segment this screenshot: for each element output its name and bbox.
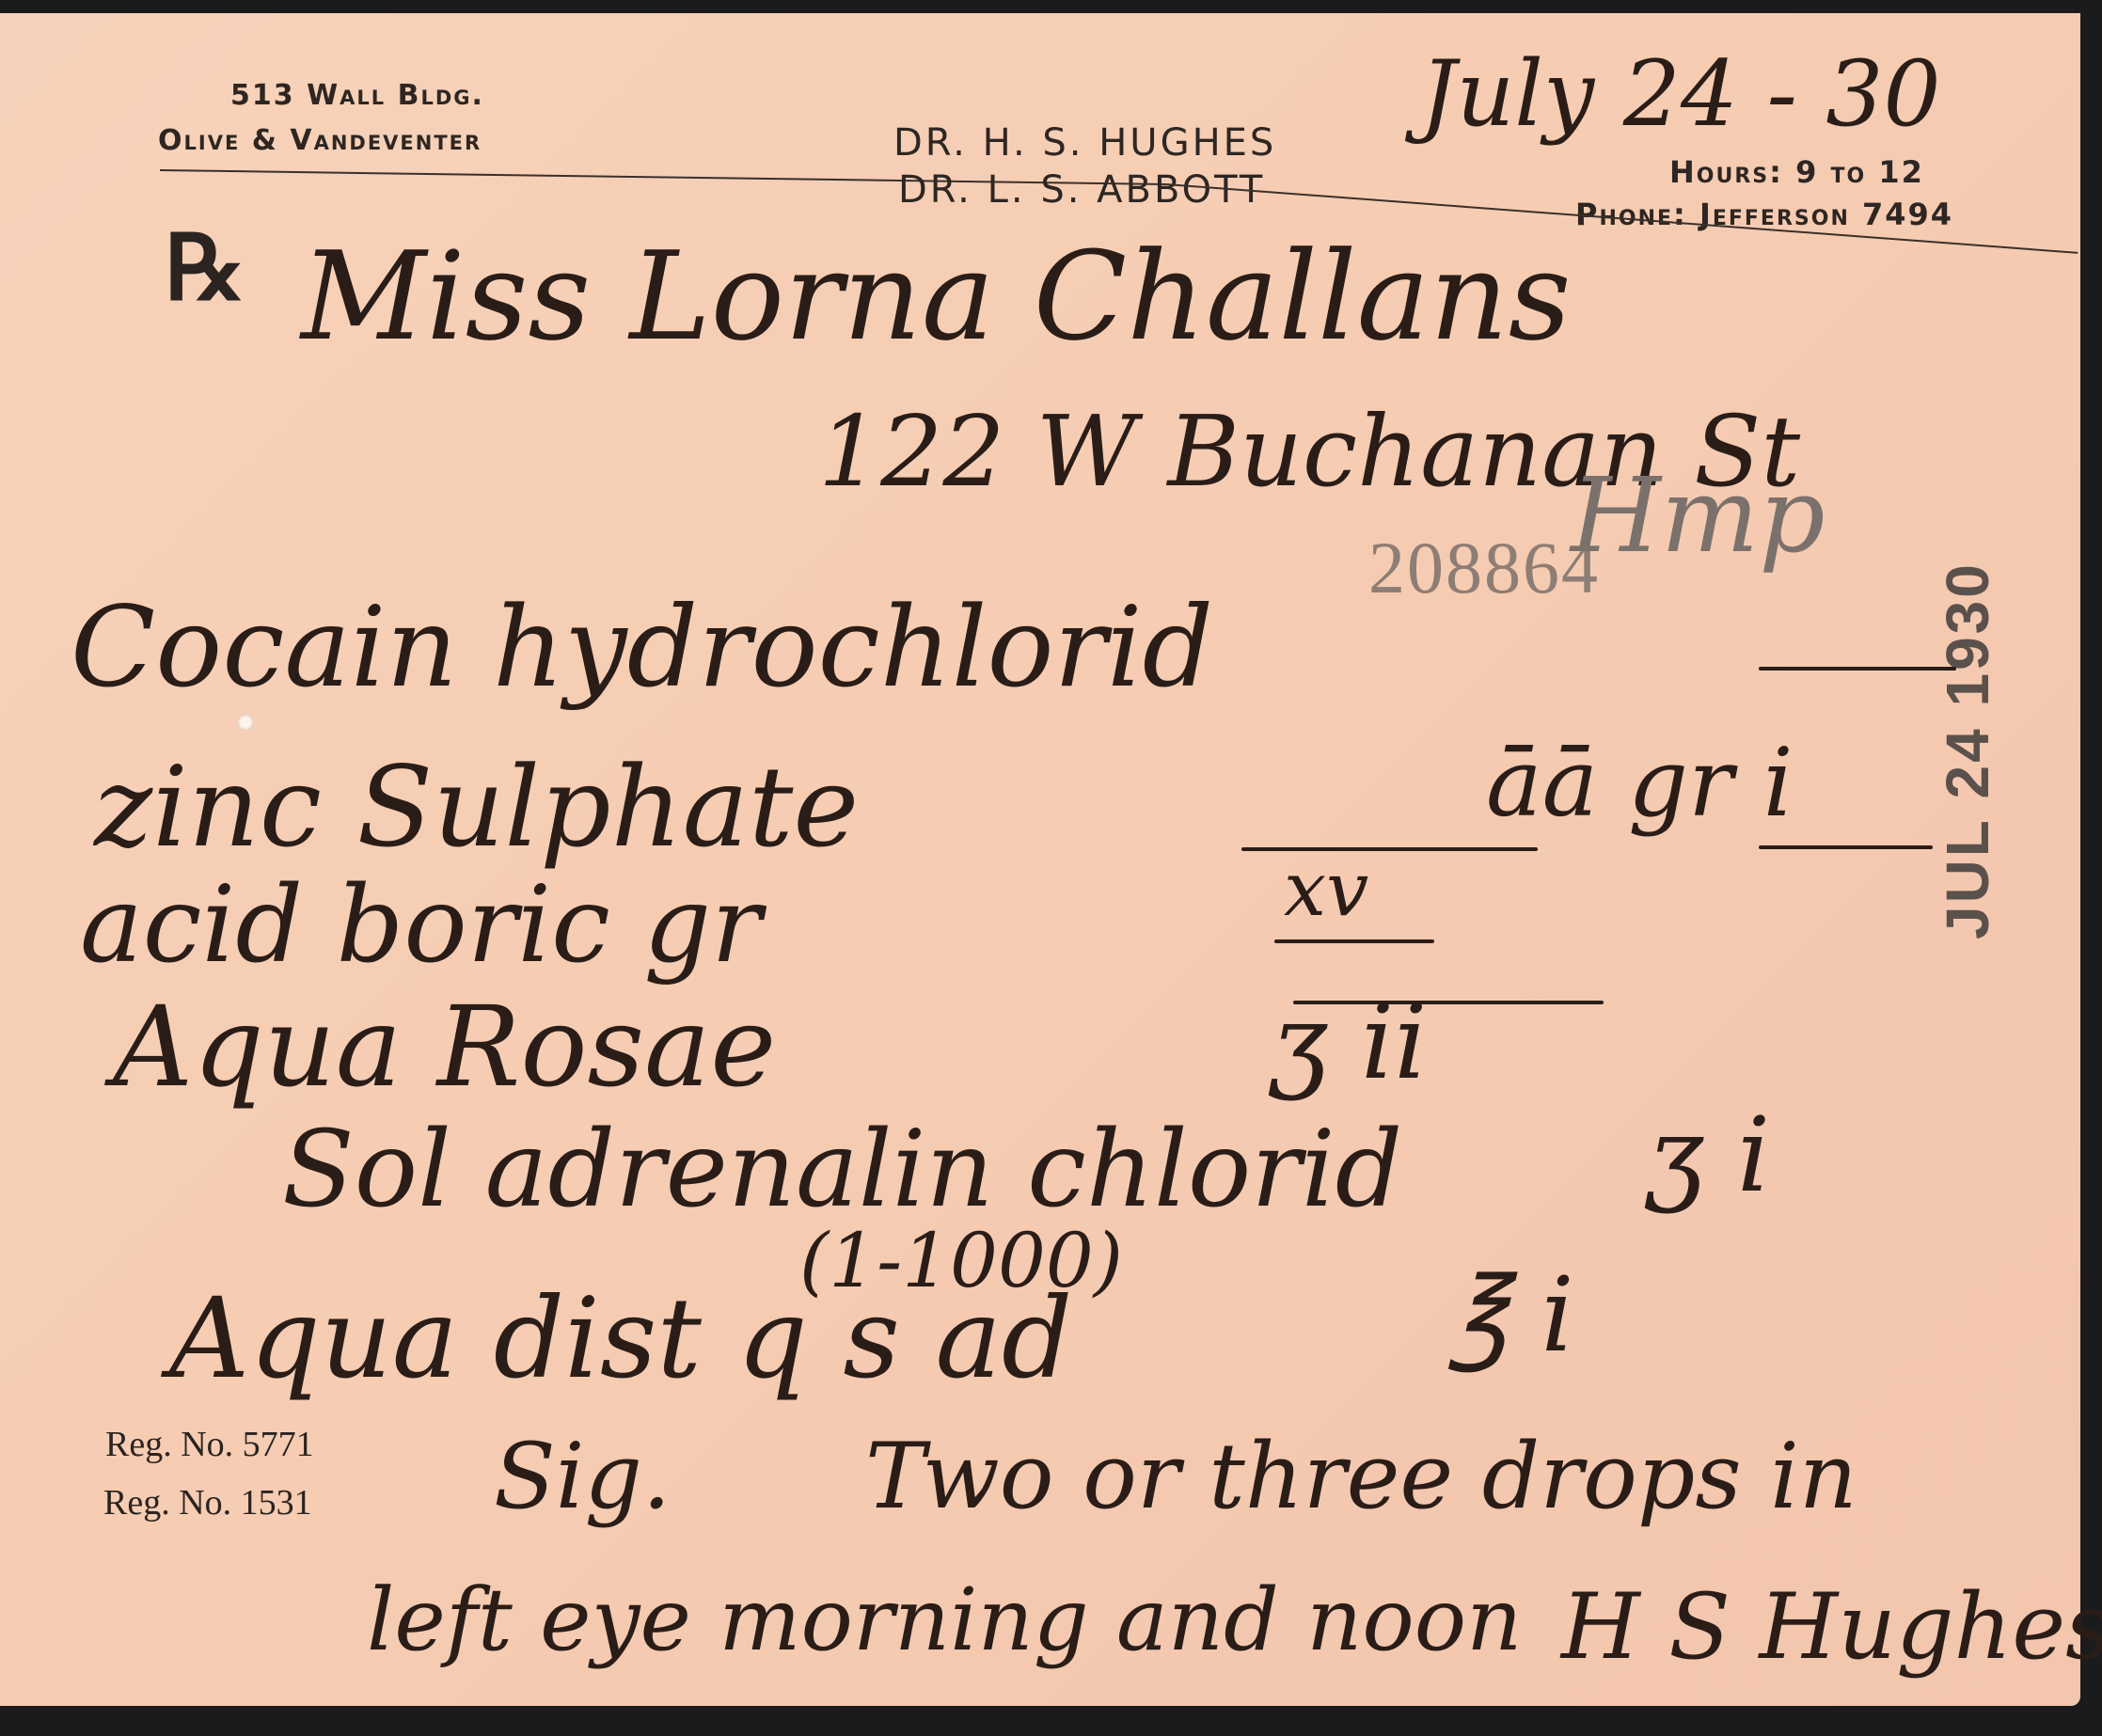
rx-line-4-qty: ʒ ii [1270,982,1427,1102]
doctor-signature: H S Hughes [1561,1574,2102,1680]
doctor-name-2: DR. L. S. ABBOTT [898,168,1265,212]
patient-name: Miss Lorna Challans [301,225,1572,368]
office-phone: Phone: Jefferson 7494 [1575,197,1953,232]
rx-line-3: acid boric gr [80,864,762,986]
registration-number-1: Reg. No. 5771 [105,1424,314,1465]
rx-line-3-qty: xv [1284,845,1368,933]
address-line-2: Olive & Vandeventer [158,124,482,157]
rx-line-2-qty: āā gr i [1486,728,1794,838]
office-hours: Hours: 9 to 12 [1669,154,1924,190]
rx-symbol: ℞ [165,215,245,321]
rx-line-3-underline [1274,939,1434,943]
prescription-paper: 513 Wall Bldg. Olive & Vandeventer DR. H… [0,13,2080,1706]
rx-line-1: Cocain hydrochlorid [71,582,1213,712]
rx-line-4: Aqua Rosae [113,982,776,1112]
rx-line-2-underline [1759,845,1933,849]
punch-hole [237,714,254,731]
rx-line-7: Aqua dist q s ad [169,1273,1072,1403]
directions-line-1: Two or three drops in [865,1424,1857,1529]
rx-line-2-overline [1759,667,1956,671]
handwritten-date: July 24 - 30 [1420,41,1941,147]
rx-line-5-qty: ʒ i [1646,1095,1770,1215]
address-line-1: 513 Wall Bldg. [230,79,484,112]
doctor-name-1: DR. H. S. HUGHES [893,121,1276,165]
vertical-date-stamp: JUL 24 1930 [1933,561,2002,939]
rx-line-5: Sol adrenalin chlorid [282,1109,1402,1231]
registration-number-2: Reg. No. 1531 [103,1482,312,1523]
sig-label: Sig. [494,1424,671,1529]
rx-line-7-qty: ℥ i [1448,1255,1574,1375]
directions-line-2: left eye morning and noon [367,1570,1522,1670]
serial-number-stamp: 208864 [1368,526,1600,610]
pencil-initials: Hmp [1571,455,1825,576]
rx-line-2: zinc Sulphate [94,742,859,872]
